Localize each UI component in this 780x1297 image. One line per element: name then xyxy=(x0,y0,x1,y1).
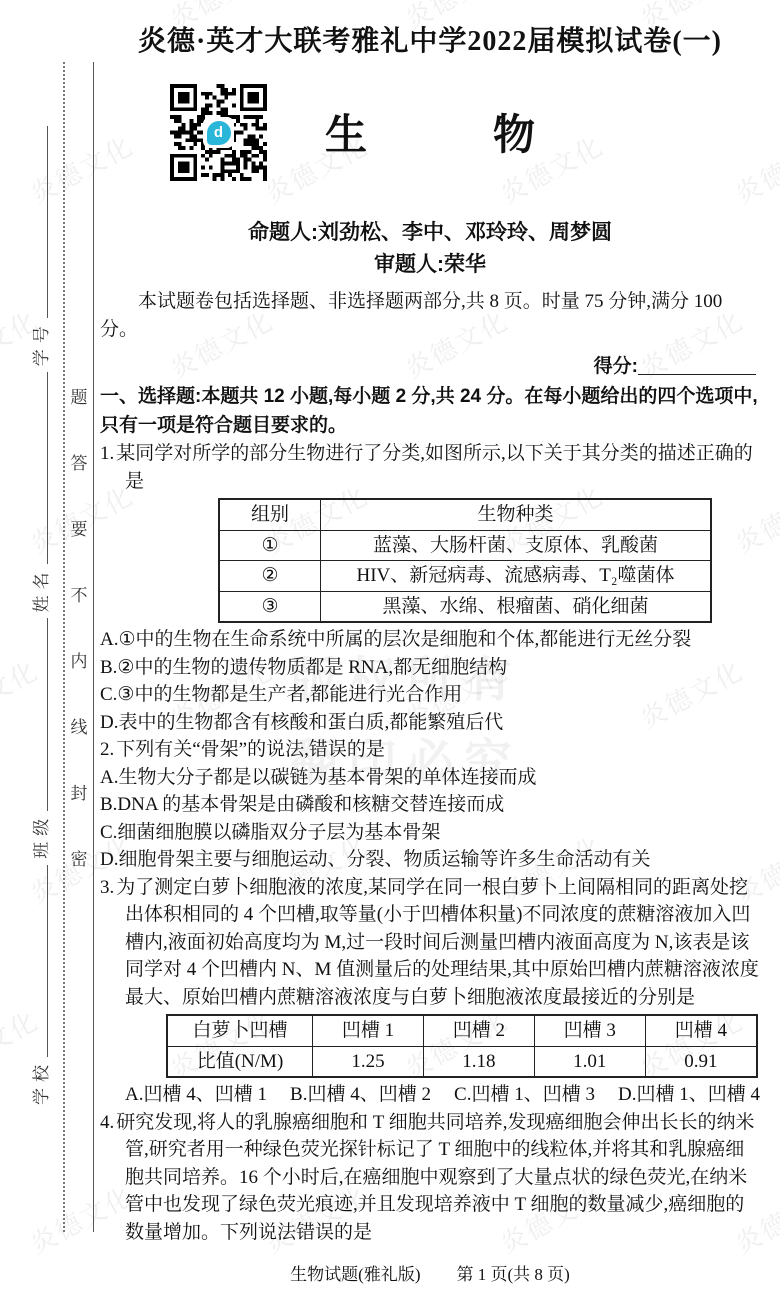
seal-char: 封 xyxy=(69,779,89,804)
table-row: 比值(N/M)1.251.181.010.91 xyxy=(167,1046,757,1077)
question-stem: 1.某同学对所学的部分生物进行了分类,如图所示,以下关于其分类的描述正确的是 xyxy=(100,440,760,495)
paper-content: 炎德·英才大联考雅礼中学2022届模拟试卷(一) d 生物 命题人:刘劲松、李中… xyxy=(100,0,760,1246)
student-info-fields: 学校 班级 姓名 学号 xyxy=(30,120,52,1105)
answer-option: D.凹槽 1、凹槽 4 xyxy=(618,1081,760,1109)
answer-option: D.表中的生物都含有核酸和蛋白质,都能繁殖后代 xyxy=(100,709,760,737)
question-text: 某同学对所学的部分生物进行了分类,如图所示,以下关于其分类的描述正确的是 xyxy=(116,443,753,492)
table-cell: ③ xyxy=(219,591,321,622)
proposers-line: 命题人:刘劲松、李中、邓玲玲、周梦圆 xyxy=(100,218,760,248)
field-label-school: 学校 xyxy=(27,1059,52,1105)
table-cell: 1.18 xyxy=(423,1046,534,1077)
answer-option: C.细菌细胞膜以磷脂双分子层为基本骨架 xyxy=(100,819,760,847)
question-text: 下列有关“骨架”的说法,错误的是 xyxy=(116,739,385,760)
answer-option: A.①中的生物在生命系统中所属的层次是细胞和个体,都能进行无丝分裂 xyxy=(100,626,760,654)
footer-page-number: 第 1 页(共 8 页) xyxy=(457,1260,570,1285)
seal-char: 不 xyxy=(69,581,89,606)
question-text: 研究发现,将人的乳腺癌细胞和 T 细胞共同培养,发现癌细胞会伸出长长的纳米管,研… xyxy=(116,1112,754,1243)
answer-option: B.凹槽 4、凹槽 2 xyxy=(290,1081,431,1109)
table-body: 比值(N/M)1.251.181.010.91 xyxy=(167,1046,757,1077)
answer-option: D.细胞骨架主要与细胞运动、分裂、物质运输等许多生命活动有关 xyxy=(100,846,760,874)
answer-option: C.凹槽 1、凹槽 3 xyxy=(454,1081,595,1109)
question-text: 为了测定白萝卜细胞液的浓度,某同学在同一根白萝卜上间隔相同的距离处挖出体积相同的… xyxy=(116,877,759,1008)
table-body: ①蓝藻、大肠杆菌、支原体、乳酸菌②HIV、新冠病毒、流感病毒、T₂噬菌体③黑藻、… xyxy=(219,530,711,622)
question: 4.研究发现,将人的乳腺癌细胞和 T 细胞共同培养,发现癌细胞会伸出长长的纳米管… xyxy=(100,1109,760,1247)
seal-char: 答 xyxy=(69,449,89,474)
data-table: 白萝卜凹槽凹槽 1凹槽 2凹槽 3凹槽 4比值(N/M)1.251.181.01… xyxy=(166,1014,758,1078)
table-row: ③黑藻、水绵、根瘤菌、硝化细菌 xyxy=(219,591,711,622)
score-label: 得分: xyxy=(594,351,638,378)
field-blank-line xyxy=(46,865,48,1057)
table-cell: ① xyxy=(219,530,321,561)
table-header-cell: 凹槽 3 xyxy=(534,1015,645,1046)
question-list: 1.某同学对所学的部分生物进行了分类,如图所示,以下关于其分类的描述正确的是组别… xyxy=(100,440,760,1246)
answer-option: A.生物大分子都是以碳链为基本骨架的单体连接而成 xyxy=(100,764,760,792)
field-blank-line xyxy=(46,372,48,564)
seal-char: 题 xyxy=(69,383,89,408)
page-footer: 生物试题(雅礼版) 第 1 页(共 8 页) xyxy=(100,1260,760,1285)
answer-option: A.凹槽 4、凹槽 1 xyxy=(125,1081,267,1109)
question-stem: 4.研究发现,将人的乳腺癌细胞和 T 细胞共同培养,发现癌细胞会伸出长长的纳米管… xyxy=(100,1109,760,1247)
table-header-cell: 白萝卜凹槽 xyxy=(167,1015,313,1046)
question-number: 2. xyxy=(100,739,116,760)
paper-title: 炎德·英才大联考雅礼中学2022届模拟试卷(一) xyxy=(100,24,760,60)
table-row: ②HIV、新冠病毒、流感病毒、T₂噬菌体 xyxy=(219,561,711,592)
table-cell: HIV、新冠病毒、流感病毒、T₂噬菌体 xyxy=(321,561,712,592)
table-header-cell: 凹槽 4 xyxy=(645,1015,757,1046)
table-row: ①蓝藻、大肠杆菌、支原体、乳酸菌 xyxy=(219,530,711,561)
data-table: 组别生物种类①蓝藻、大肠杆菌、支原体、乳酸菌②HIV、新冠病毒、流感病毒、T₂噬… xyxy=(218,498,712,623)
reviewer-line: 审题人:荣华 xyxy=(100,250,760,280)
question-stem: 3.为了测定白萝卜细胞液的浓度,某同学在同一根白萝卜上间隔相同的距离处挖出体积相… xyxy=(100,874,760,1012)
table-cell: 1.01 xyxy=(534,1046,645,1077)
table-cell: 比值(N/M) xyxy=(167,1046,313,1077)
score-row: 得分: xyxy=(100,350,760,378)
field-label-name: 姓名 xyxy=(27,567,52,613)
field-blank-line xyxy=(46,619,48,811)
score-blank-line xyxy=(638,373,756,375)
seal-text: 题答要不内线封密 xyxy=(69,383,89,870)
exam-instructions: 本试题卷包括选择题、非选择题两部分,共 8 页。时量 75 分钟,满分 100 … xyxy=(100,288,760,344)
subject-title: 生物 xyxy=(100,110,760,162)
seal-solid-line xyxy=(93,62,94,1232)
table-cell: 0.91 xyxy=(645,1046,757,1077)
seal-char: 要 xyxy=(69,515,89,540)
question: 1.某同学对所学的部分生物进行了分类,如图所示,以下关于其分类的描述正确的是组别… xyxy=(100,440,760,736)
seal-char: 密 xyxy=(69,845,89,870)
question-number: 3. xyxy=(100,877,116,898)
question-number: 1. xyxy=(100,443,116,464)
table-head: 组别生物种类 xyxy=(219,499,711,530)
answer-option: B.②中的生物的遗传物质都是 RNA,都无细胞结构 xyxy=(100,654,760,682)
table-head: 白萝卜凹槽凹槽 1凹槽 2凹槽 3凹槽 4 xyxy=(167,1015,757,1046)
table-header-cell: 凹槽 2 xyxy=(423,1015,534,1046)
section-heading: 一、选择题:本题共 12 小题,每小题 2 分,共 24 分。在每小题给出的四个… xyxy=(100,382,760,440)
exam-page: 炎德文化炎德文化炎德文化炎德文化炎德文化炎德文化炎德文化炎德文化炎德文化炎德文化… xyxy=(0,0,780,1297)
table-cell: 蓝藻、大肠杆菌、支原体、乳酸菌 xyxy=(321,530,712,561)
seal-dotted-line xyxy=(63,62,65,1232)
answer-option: C.③中的生物都是生产者,都能进行光合作用 xyxy=(100,681,760,709)
table-header-row: 白萝卜凹槽凹槽 1凹槽 2凹槽 3凹槽 4 xyxy=(167,1015,757,1046)
subject-row: d 生物 xyxy=(100,84,760,188)
question-stem: 2.下列有关“骨架”的说法,错误的是 xyxy=(100,736,760,764)
table-cell: ② xyxy=(219,561,321,592)
field-label-class: 班级 xyxy=(27,813,52,859)
seal-char: 内 xyxy=(69,647,89,672)
table-header-cell: 生物种类 xyxy=(321,499,712,530)
table-cell: 1.25 xyxy=(313,1046,424,1077)
seal-char: 线 xyxy=(69,713,89,738)
table-header-cell: 凹槽 1 xyxy=(313,1015,424,1046)
footer-paper-name: 生物试题(雅礼版) xyxy=(290,1260,420,1285)
watermark-text: 炎德文化 xyxy=(0,0,44,36)
field-blank-line xyxy=(46,126,48,318)
field-label-student-id: 学号 xyxy=(27,320,52,366)
answer-options-row: A.凹槽 4、凹槽 1B.凹槽 4、凹槽 2C.凹槽 1、凹槽 3D.凹槽 1、… xyxy=(100,1081,760,1109)
table-header-row: 组别生物种类 xyxy=(219,499,711,530)
question-number: 4. xyxy=(100,1112,116,1133)
table-header-cell: 组别 xyxy=(219,499,321,530)
question: 3.为了测定白萝卜细胞液的浓度,某同学在同一根白萝卜上间隔相同的距离处挖出体积相… xyxy=(100,874,760,1109)
answer-option: B.DNA 的基本骨架是由磷酸和核糖交替连接而成 xyxy=(100,791,760,819)
question: 2.下列有关“骨架”的说法,错误的是A.生物大分子都是以碳链为基本骨架的单体连接… xyxy=(100,736,760,874)
table-cell: 黑藻、水绵、根瘤菌、硝化细菌 xyxy=(321,591,712,622)
